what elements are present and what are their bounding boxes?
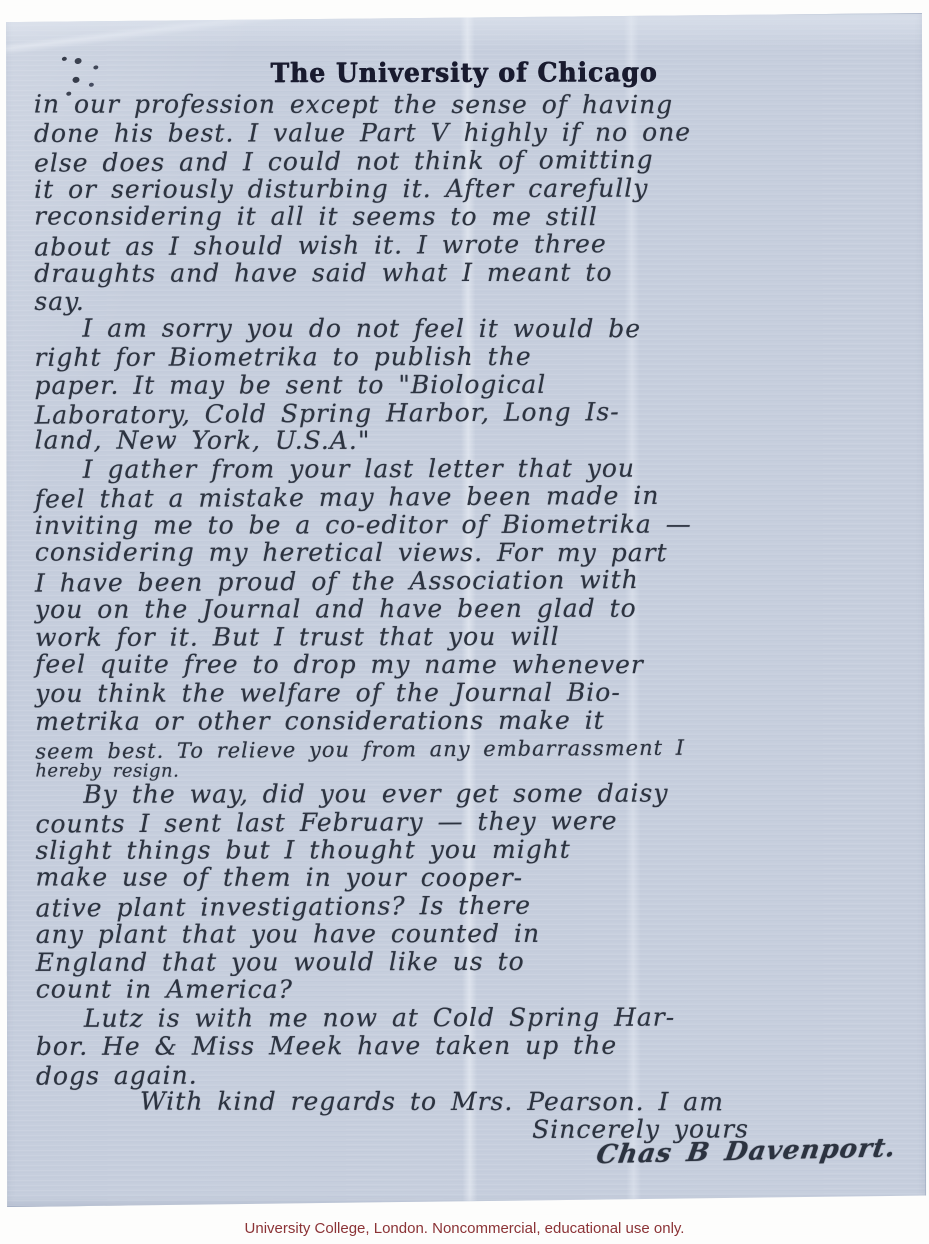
letter-paper: The University of Chicago in our profess…	[4, 13, 926, 1207]
handwritten-line: considering my heretical views. For my p…	[35, 539, 913, 568]
handwritten-line: I gather from your last letter that you	[35, 454, 913, 484]
handwritten-line: ative plant investigations? Is there	[36, 889, 914, 922]
handwritten-line: you on the Journal and have been glad to	[35, 594, 913, 624]
archive-credit: University College, London. Noncommercia…	[0, 1220, 929, 1237]
handwritten-line: counts I sent last February — they were	[35, 805, 913, 838]
handwritten-line: say.	[34, 286, 912, 316]
handwritten-line: reconsidering it all it seems to me stil…	[34, 203, 912, 232]
handwritten-line: inviting me to be a co-editor of Biometr…	[35, 510, 913, 540]
handwritten-line: any plant that you have counted in	[36, 919, 914, 949]
handwritten-line: right for Biometrika to publish the	[34, 342, 912, 372]
handwritten-line: metrika or other considerations make it	[35, 706, 913, 736]
handwritten-line: Lutz is with me now at Cold Spring Har-	[36, 1003, 914, 1033]
handwritten-line: With kind regards to Mrs. Pearson. I am	[36, 1088, 914, 1117]
handwritten-line: By the way, did you ever get some daisy	[35, 779, 913, 809]
handwritten-line: done his best. I value Part V highly if …	[34, 118, 912, 148]
handwritten-line: I am sorry you do not feel it would be	[34, 315, 912, 344]
handwritten-line: draughts and have said what I meant to	[34, 258, 912, 288]
handwritten-line: bor. He & Miss Meek have taken up the	[36, 1031, 914, 1061]
handwritten-line: paper. It may be sent to "Biological	[35, 370, 913, 400]
handwritten-line: England that you would like us to	[36, 947, 914, 977]
handwritten-line: feel quite free to drop my name whenever	[35, 651, 913, 680]
handwritten-line: it or seriously disturbing it. After car…	[34, 174, 912, 204]
handwritten-line: work for it. But I trust that you will	[35, 622, 913, 652]
handwritten-line: Laboratory, Cold Spring Harbor, Long Is-	[35, 396, 913, 429]
handwritten-line: slight things but I thought you might	[35, 835, 913, 865]
handwritten-line: in our profession except the sense of ha…	[34, 91, 912, 120]
handwritten-line: about as I should wish it. I wrote three	[34, 228, 912, 261]
handwritten-line: feel that a mistake may have been made i…	[35, 480, 913, 513]
letter-body: in our profession except the sense of ha…	[4, 86, 926, 1173]
handwritten-line: I have been proud of the Association wit…	[35, 564, 913, 597]
handwritten-line: you think the welfare of the Journal Bio…	[35, 678, 913, 708]
handwritten-line: count in America?	[36, 976, 914, 1005]
letterhead-title: The University of Chicago	[4, 56, 924, 89]
handwritten-line: hereby resign.	[35, 763, 913, 781]
handwritten-line: dogs again.	[36, 1057, 914, 1090]
handwritten-line: else does and I could not think of omitt…	[34, 144, 912, 177]
handwritten-line: land, New York, U.S.A."	[35, 427, 913, 456]
handwritten-line: make use of them in your cooper-	[36, 864, 914, 893]
